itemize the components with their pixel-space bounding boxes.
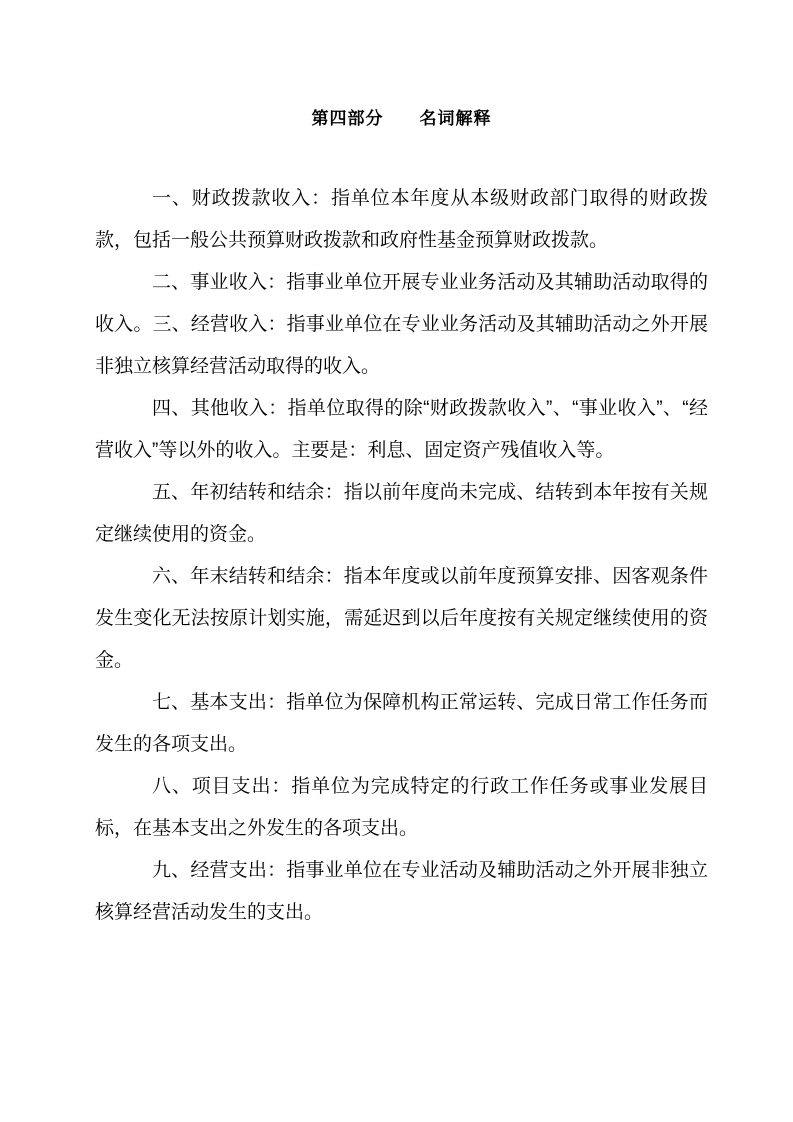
page-title: 第四部分 名词解释 — [95, 106, 708, 132]
definition-paragraph-operating-expenditure: 九、经营支出：指事业单位在专业活动及辅助活动之外开展非独立核算经营活动发生的支出… — [95, 850, 708, 934]
definition-paragraph-business-and-operating-income: 二、事业收入：指事业单位开展专业业务活动及其辅助活动取得的收入。三、经营收入：指… — [95, 262, 708, 388]
definition-paragraph-other-income: 四、其他收入：指单位取得的除“财政拨款收入”、“事业收入”、“经营收入”等以外的… — [95, 388, 708, 472]
document-page: 第四部分 名词解释 一、财政拨款收入：指单位本年度从本级财政部门取得的财政拨款，… — [0, 0, 793, 1122]
definition-paragraph-basic-expenditure: 七、基本支出：指单位为保障机构正常运转、完成日常工作任务而发生的各项支出。 — [95, 682, 708, 766]
definition-paragraph-year-end-carryover: 六、年末结转和结余：指本年度或以前年度预算安排、因客观条件发生变化无法按原计划实… — [95, 556, 708, 682]
document-body: 一、财政拨款收入：指单位本年度从本级财政部门取得的财政拨款，包括一般公共预算财政… — [95, 178, 708, 934]
definition-paragraph-project-expenditure: 八、项目支出：指单位为完成特定的行政工作任务或事业发展目标，在基本支出之外发生的… — [95, 766, 708, 850]
definition-paragraph-fiscal-appropriation-income: 一、财政拨款收入：指单位本年度从本级财政部门取得的财政拨款，包括一般公共预算财政… — [95, 178, 708, 262]
definition-paragraph-beginning-year-carryover: 五、年初结转和结余：指以前年度尚未完成、结转到本年按有关规定继续使用的资金。 — [95, 472, 708, 556]
